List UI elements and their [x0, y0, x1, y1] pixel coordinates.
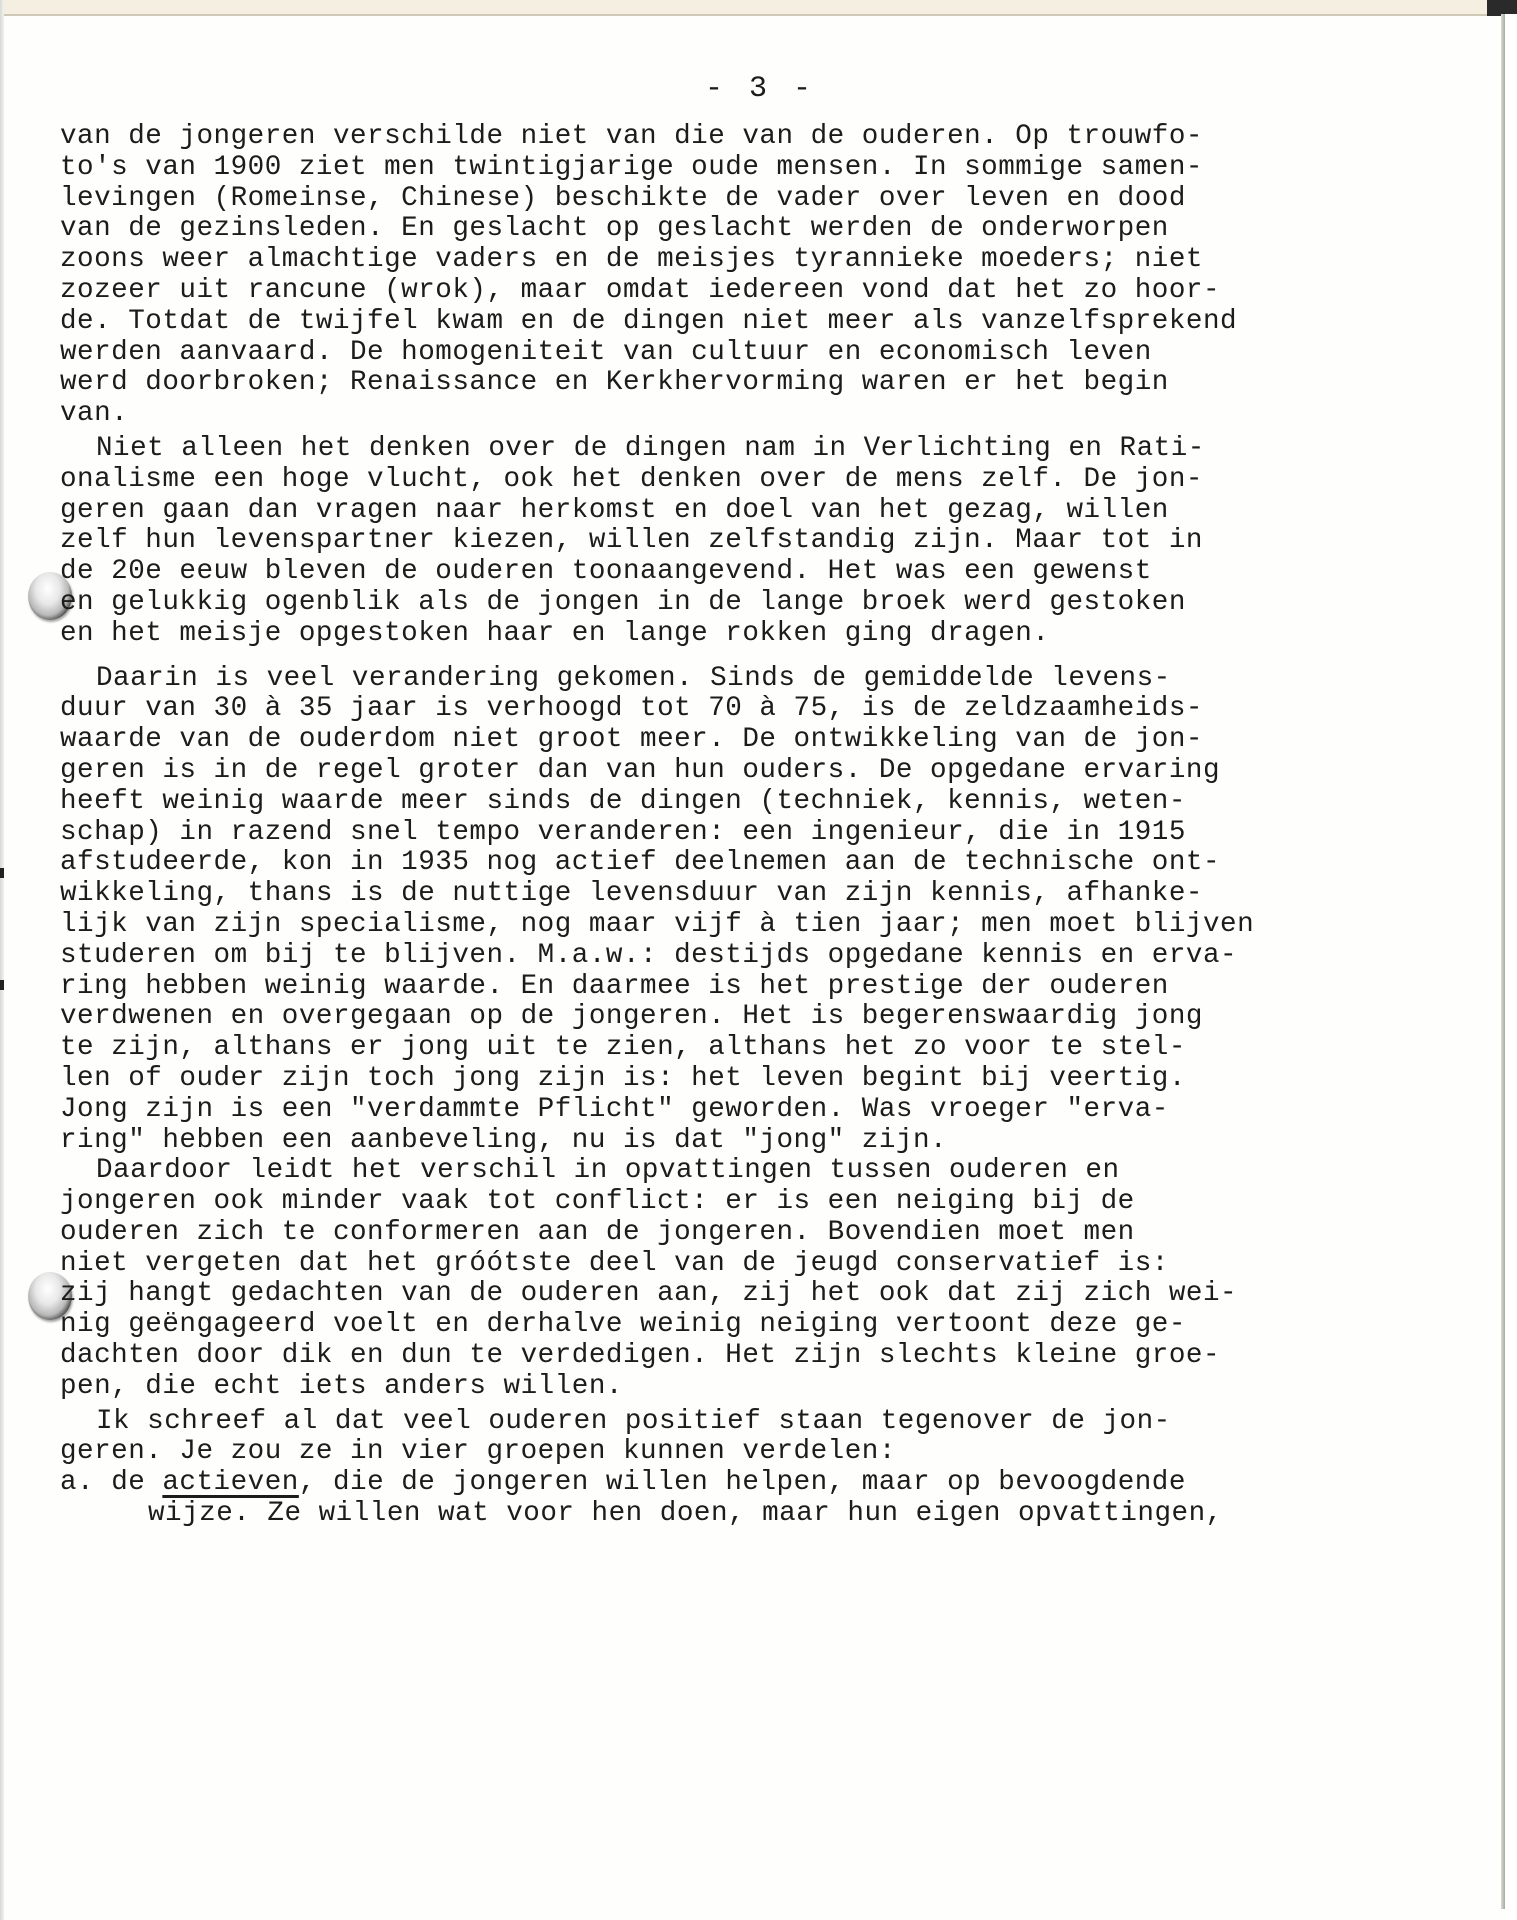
text-line: Daardoor leidt het verschil in opvatting…	[60, 1156, 1460, 1187]
text-line: Niet alleen het denken over de dingen na…	[60, 434, 1460, 465]
text-line: zelf hun levenspartner kiezen, willen ze…	[60, 526, 1460, 557]
text-line: len of ouder zijn toch jong zijn is: het…	[60, 1064, 1460, 1095]
text-line: werden aanvaard. De homogeniteit van cul…	[60, 338, 1460, 369]
text-line: heeft weinig waarde meer sinds de dingen…	[60, 787, 1460, 818]
list-item-continuation: wijze. Ze willen wat voor hen doen, maar…	[60, 1499, 1460, 1530]
text-line: to's van 1900 ziet men twintigjarige oud…	[60, 153, 1460, 184]
underlined-term: actieven	[162, 1467, 298, 1498]
text-line: nig geëngageerd voelt en derhalve weinig…	[60, 1310, 1460, 1341]
text-line: studeren om bij te blijven. M.a.w.: dest…	[60, 941, 1460, 972]
paper-left-edge	[0, 0, 4, 1920]
binding-mark	[0, 868, 4, 878]
binding-mark	[0, 980, 4, 990]
text-line: niet vergeten dat het gróótste deel van …	[60, 1249, 1460, 1280]
text-line: jongeren ook minder vaak tot conflict: e…	[60, 1187, 1460, 1218]
text-line: afstudeerde, kon in 1935 nog actief deel…	[60, 848, 1460, 879]
text-line: Daarin is veel verandering gekomen. Sind…	[60, 664, 1460, 695]
text-line: schap) in razend snel tempo veranderen: …	[60, 818, 1460, 849]
text-line: duur van 30 à 35 jaar is verhoogd tot 70…	[60, 694, 1460, 725]
list-text-post: , die de jongeren willen helpen, maar op…	[299, 1467, 1186, 1498]
text-line: zoons weer almachtige vaders en de meisj…	[60, 245, 1460, 276]
paragraph-2: Niet alleen het denken over de dingen na…	[60, 434, 1460, 650]
text-line: ring hebben weinig waarde. En daarmee is…	[60, 972, 1460, 1003]
body-text: van de jongeren verschilde niet van die …	[60, 122, 1460, 1530]
text-line: wikkeling, thans is de nuttige levensduu…	[60, 879, 1460, 910]
page-number: - 3 -	[60, 72, 1460, 106]
paper-right-edge	[1501, 14, 1505, 1909]
text-line: dachten door dik en dun te verdedigen. H…	[60, 1341, 1460, 1372]
text-line: werd doorbroken; Renaissance en Kerkherv…	[60, 368, 1460, 399]
scanned-page: - 3 - van de jongeren verschilde niet va…	[0, 0, 1517, 1920]
list-item-line: a. de actieven, die de jongeren willen h…	[60, 1468, 1460, 1499]
list-marker: a.	[60, 1467, 94, 1498]
text-line: verdwenen en overgegaan op de jongeren. …	[60, 1002, 1460, 1033]
text-line: Ik schreef al dat veel ouderen positief …	[60, 1407, 1460, 1438]
underlying-page-edge	[0, 0, 1490, 16]
text-line: en het meisje opgestoken haar en lange r…	[60, 619, 1460, 650]
text-line: zozeer uit rancune (wrok), maar omdat ie…	[60, 276, 1460, 307]
text-line: en gelukkig ogenblik als de jongen in de…	[60, 588, 1460, 619]
text-line: ouderen zich te conformeren aan de jonge…	[60, 1218, 1460, 1249]
paragraph-3: Daarin is veel verandering gekomen. Sind…	[60, 664, 1460, 1157]
text-line: zij hangt gedachten van de ouderen aan, …	[60, 1279, 1460, 1310]
list-item-a: a. de actieven, die de jongeren willen h…	[60, 1468, 1460, 1530]
text-line: geren. Je zou ze in vier groepen kunnen …	[60, 1437, 1460, 1468]
text-line: te zijn, althans er jong uit te zien, al…	[60, 1033, 1460, 1064]
text-line: onalisme een hoge vlucht, ook het denken…	[60, 465, 1460, 496]
right-margin	[1505, 14, 1517, 1920]
text-line: de. Totdat de twijfel kwam en de dingen …	[60, 307, 1460, 338]
text-line: geren is in de regel groter dan van hun …	[60, 756, 1460, 787]
text-line: van.	[60, 399, 1460, 430]
text-line: waarde van de ouderdom niet groot meer. …	[60, 725, 1460, 756]
text-line: van de jongeren verschilde niet van die …	[60, 122, 1460, 153]
text-line: levingen (Romeinse, Chinese) beschikte d…	[60, 184, 1460, 215]
text-line: geren gaan dan vragen naar herkomst en d…	[60, 496, 1460, 527]
text-line: de 20e eeuw bleven de ouderen toonaangev…	[60, 557, 1460, 588]
text-line: lijk van zijn specialisme, nog maar vijf…	[60, 910, 1460, 941]
text-line: Jong zijn is een "verdammte Pflicht" gew…	[60, 1095, 1460, 1126]
paragraph-4: Daardoor leidt het verschil in opvatting…	[60, 1156, 1460, 1402]
text-line: pen, die echt iets anders willen.	[60, 1372, 1460, 1403]
paragraph-1: van de jongeren verschilde niet van die …	[60, 122, 1460, 430]
paragraph-5: Ik schreef al dat veel ouderen positief …	[60, 1407, 1460, 1469]
text-line: ring" hebben een aanbeveling, nu is dat …	[60, 1126, 1460, 1157]
text-line: van de gezinsleden. En geslacht op gesla…	[60, 214, 1460, 245]
list-text-pre: de	[111, 1467, 162, 1498]
